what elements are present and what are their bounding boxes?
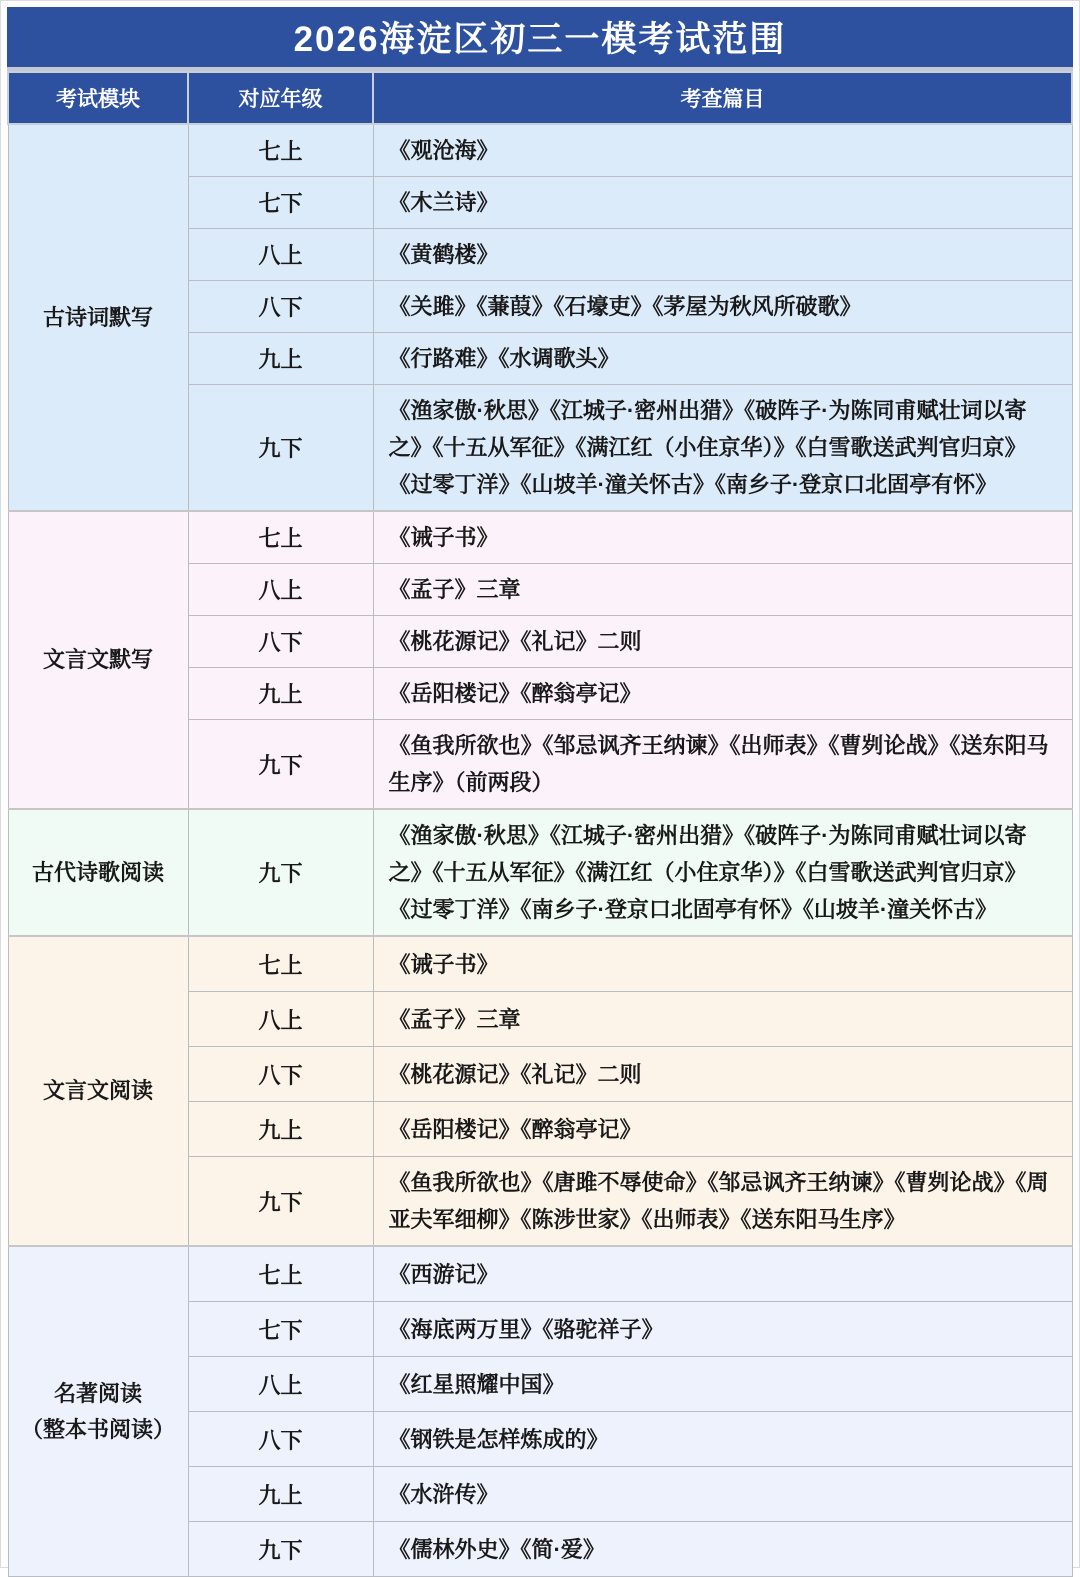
texts-cell: 《孟子》三章 xyxy=(373,564,1072,616)
table-row: 古代诗歌阅读 九下 《渔家傲·秋思》《江城子·密州出猎》《破阵子·为陈同甫赋壮词… xyxy=(8,809,1072,936)
grade-cell: 七上 xyxy=(188,511,373,564)
grade-cell: 九下 xyxy=(188,1522,373,1577)
texts-cell: 《水浒传》 xyxy=(373,1467,1072,1522)
grade-cell: 八下 xyxy=(188,616,373,668)
section-poetry-reading: 古代诗歌阅读 九下 《渔家傲·秋思》《江城子·密州出猎》《破阵子·为陈同甫赋壮词… xyxy=(8,809,1072,936)
grade-cell: 九下 xyxy=(188,385,373,512)
module-cell: 古诗词默写 xyxy=(8,124,188,511)
texts-cell: 《海底两万里》《骆驼祥子》 xyxy=(373,1302,1072,1357)
table-row: 名著阅读 （整本书阅读） 七上 《西游记》 xyxy=(8,1246,1072,1302)
header-row: 考试模块 对应年级 考查篇目 xyxy=(8,72,1072,124)
grade-cell: 八下 xyxy=(188,1047,373,1102)
table-row: 文言文阅读 七上 《诫子书》 xyxy=(8,936,1072,992)
grade-cell: 七上 xyxy=(188,1246,373,1302)
texts-cell: 《钢铁是怎样炼成的》 xyxy=(373,1412,1072,1467)
grade-cell: 八上 xyxy=(188,992,373,1047)
grade-cell: 九上 xyxy=(188,668,373,720)
texts-cell: 《观沧海》 xyxy=(373,124,1072,177)
page-title: 2026海淀区初三一模考试范围 xyxy=(294,12,787,62)
grade-cell: 九上 xyxy=(188,1467,373,1522)
texts-cell: 《鱼我所欲也》《唐雎不辱使命》《邹忌讽齐王纳谏》《曹刿论战》《周亚夫军细柳》《陈… xyxy=(373,1157,1072,1247)
texts-cell: 《桃花源记》《礼记》二则 xyxy=(373,616,1072,668)
texts-cell: 《关雎》《蒹葭》《石壕吏》《茅屋为秋风所破歌》 xyxy=(373,281,1072,333)
texts-cell: 《儒林外史》《简·爱》 xyxy=(373,1522,1072,1577)
texts-cell: 《鱼我所欲也》《邹忌讽齐王纳谏》《出师表》《曹刿论战》《送东阳马生序》（前两段） xyxy=(373,720,1072,810)
texts-cell: 《木兰诗》 xyxy=(373,177,1072,229)
grade-cell: 九下 xyxy=(188,720,373,810)
grade-cell: 七上 xyxy=(188,936,373,992)
grade-cell: 九上 xyxy=(188,333,373,385)
grade-cell: 九上 xyxy=(188,1102,373,1157)
texts-cell: 《岳阳楼记》《醉翁亭记》 xyxy=(373,1102,1072,1157)
grade-cell: 八上 xyxy=(188,229,373,281)
texts-cell: 《渔家傲·秋思》《江城子·密州出猎》《破阵子·为陈同甫赋壮词以寄之》《十五从军征… xyxy=(373,385,1072,512)
title-bar: 2026海淀区初三一模考试范围 xyxy=(7,7,1073,67)
grade-cell: 七下 xyxy=(188,1302,373,1357)
texts-cell: 《诫子书》 xyxy=(373,511,1072,564)
section-classical-reading: 文言文阅读 七上 《诫子书》 八上 《孟子》三章 八下 《桃花源记》《礼记》二则… xyxy=(8,936,1072,1246)
module-cell: 名著阅读 （整本书阅读） xyxy=(8,1246,188,1577)
texts-cell: 《黄鹤楼》 xyxy=(373,229,1072,281)
module-cell: 文言文默写 xyxy=(8,511,188,809)
texts-cell: 《诫子书》 xyxy=(373,936,1072,992)
texts-cell: 《桃花源记》《礼记》二则 xyxy=(373,1047,1072,1102)
page: 2026海淀区初三一模考试范围 考试模块 对应年级 考查篇目 古诗词默写 七上 … xyxy=(0,0,1080,1568)
col-header-grade: 对应年级 xyxy=(188,72,373,124)
texts-cell: 《行路难》《水调歌头》 xyxy=(373,333,1072,385)
texts-cell: 《红星照耀中国》 xyxy=(373,1357,1072,1412)
col-header-module: 考试模块 xyxy=(8,72,188,124)
grade-cell: 八下 xyxy=(188,281,373,333)
module-cell: 文言文阅读 xyxy=(8,936,188,1246)
grade-cell: 七下 xyxy=(188,177,373,229)
section-poetry-dictation: 古诗词默写 七上 《观沧海》 七下 《木兰诗》 八上 《黄鹤楼》 八下 《关雎》… xyxy=(8,124,1072,511)
section-classical-dictation: 文言文默写 七上 《诫子书》 八上 《孟子》三章 八下 《桃花源记》《礼记》二则… xyxy=(8,511,1072,809)
table-row: 古诗词默写 七上 《观沧海》 xyxy=(8,124,1072,177)
grade-cell: 九下 xyxy=(188,1157,373,1247)
grade-cell: 九下 xyxy=(188,809,373,936)
texts-cell: 《孟子》三章 xyxy=(373,992,1072,1047)
texts-cell: 《西游记》 xyxy=(373,1246,1072,1302)
exam-scope-table: 考试模块 对应年级 考查篇目 古诗词默写 七上 《观沧海》 七下 《木兰诗》 八… xyxy=(7,71,1073,1577)
texts-cell: 《岳阳楼记》《醉翁亭记》 xyxy=(373,668,1072,720)
grade-cell: 八上 xyxy=(188,1357,373,1412)
module-cell: 古代诗歌阅读 xyxy=(8,809,188,936)
section-book-reading: 名著阅读 （整本书阅读） 七上 《西游记》 七下 《海底两万里》《骆驼祥子》 八… xyxy=(8,1246,1072,1577)
grade-cell: 八下 xyxy=(188,1412,373,1467)
grade-cell: 八上 xyxy=(188,564,373,616)
table-row: 文言文默写 七上 《诫子书》 xyxy=(8,511,1072,564)
col-header-texts: 考查篇目 xyxy=(373,72,1072,124)
table-header: 考试模块 对应年级 考查篇目 xyxy=(8,72,1072,124)
grade-cell: 七上 xyxy=(188,124,373,177)
texts-cell: 《渔家傲·秋思》《江城子·密州出猎》《破阵子·为陈同甫赋壮词以寄之》《十五从军征… xyxy=(373,809,1072,936)
